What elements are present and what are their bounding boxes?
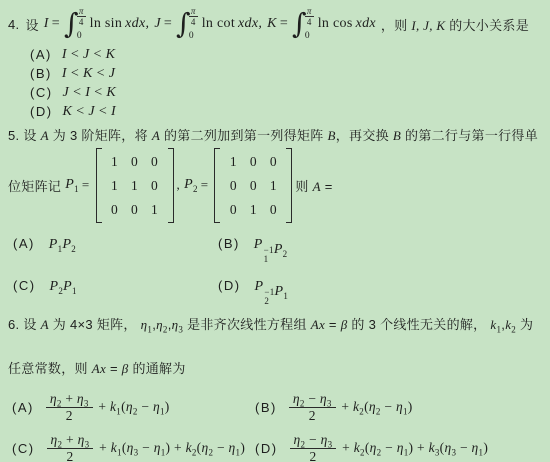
text-run: A [41, 128, 49, 143]
text-run: η3 [127, 440, 139, 455]
text-run: − [381, 399, 396, 414]
option-terms: + k1(η2 − η1) [95, 399, 170, 415]
q4-option-a: (A) I < J < K [30, 45, 542, 64]
text-run: + [338, 399, 353, 414]
matrix-cell: 1 [145, 202, 165, 217]
integral-1: ∫ π 4 0 [64, 7, 86, 41]
lower-limit-0: 0 [189, 31, 198, 41]
text-run: k2 [354, 440, 365, 455]
text-run: P−12 [254, 279, 274, 305]
option-label: (A) [12, 400, 34, 415]
text-run: η1 [229, 440, 241, 455]
text-run: − [305, 391, 320, 406]
q6-option-c: (C) η2 + η3 2 + k1(η3 − η1) + k2(η2 − η1… [12, 430, 255, 462]
matrix-cell: 0 [145, 178, 165, 193]
q4-option-d: (D) K < J < I [30, 102, 542, 121]
text-run: ，则 [381, 18, 412, 33]
text-run: k1 [490, 317, 501, 332]
option-label: (B) [30, 66, 52, 81]
text-run: P2 [49, 279, 63, 295]
question-6-stem-line1: 6. 设 A 为 4×3 矩阵， η1,η2,η3 是非齐次线性方程组 Ax =… [8, 314, 542, 334]
q6-option-d: (D) η2 − η3 2 + k2(η2 − η1) + k3(η3 − η1… [255, 430, 542, 462]
fraction-numerator: η2 − η3 [290, 432, 337, 449]
text-run: ) [483, 440, 488, 455]
matrix-p1: 100110001 [96, 148, 174, 223]
q5-option-c: (C) P2P1 [13, 278, 218, 298]
var-I: I [44, 16, 49, 32]
option-label: (A) [30, 47, 52, 62]
text-run: + [413, 440, 428, 455]
matrix-p1-grid: 100110001 [102, 148, 168, 223]
option-terms: + k1(η3 − η1) + k2(η2 − η1) [95, 440, 245, 456]
option-label: (C) [30, 85, 53, 100]
text-run: 5. 设 [8, 128, 41, 143]
fraction-denominator: 2 [66, 408, 73, 423]
text-run: η3 [172, 317, 184, 332]
text-run: η1 [153, 399, 165, 414]
matrix-p2-grid: 100001010 [220, 148, 286, 223]
text-run: k1 [111, 440, 122, 455]
text-run: Ax [92, 361, 106, 376]
text-run: + [62, 391, 77, 406]
text-run: 为 3 阶矩阵，将 [49, 128, 152, 143]
matrix-cell: 0 [223, 178, 243, 193]
text-run: P1 [275, 284, 289, 300]
text-run: + [338, 440, 353, 455]
text-run: ，再交换 [336, 128, 393, 143]
question-5-matrix-row: 位矩阵记 P1 = 100110001 , P2 = 100001010 则 A… [8, 146, 542, 224]
option-terms: + k2(η2 − η1) [338, 399, 413, 415]
text-run: 任意常数，则 [8, 361, 92, 376]
text-run: η3 [320, 391, 332, 406]
exam-page: 4. 设 I = ∫ π 4 0 ln sin xdx, J = [0, 0, 550, 462]
text-run: P1 [63, 279, 77, 295]
text-run: η2 [370, 440, 382, 455]
equals-sign: = [164, 16, 172, 32]
text-run: + [170, 440, 185, 455]
text-run: η2 [126, 399, 138, 414]
var-J: J [154, 16, 161, 32]
matrix-cell: 1 [105, 154, 125, 169]
arg-xdx: xdx, [125, 16, 149, 32]
text-run: 的大小关系是 [445, 18, 529, 33]
matrix-name-p1: P1 [65, 177, 79, 193]
fn-ln-sin: ln sin [90, 16, 123, 32]
text-run: B [393, 128, 401, 143]
text-run: η2 [50, 391, 62, 406]
arg-xdx: xdx [356, 16, 376, 32]
upper-limit-pi-over-4: π 4 [77, 7, 86, 26]
text-run: − [138, 440, 153, 455]
text-run: P1 [49, 237, 63, 253]
option-label: (D) [255, 441, 278, 456]
matrix-cell: 1 [105, 178, 125, 193]
text-run: β [341, 317, 348, 332]
option-label: (C) [13, 278, 36, 293]
matrix-cell: 0 [243, 154, 263, 169]
text-run: − [456, 440, 471, 455]
text-run: 的第二列加到第一列得矩阵 [160, 128, 327, 143]
text-run: 的 3 个线性无关的解， [348, 317, 491, 332]
option-value: J < I < K [63, 85, 116, 101]
integral-limits: π 4 0 [189, 7, 198, 41]
lower-limit-0: 0 [305, 31, 314, 41]
text-run: k1 [110, 399, 121, 414]
q6-option-a: (A) η2 + η3 2 + k1(η2 − η1) [12, 389, 255, 425]
matrix-cell: 1 [263, 178, 283, 193]
upper-limit-pi-over-4: π 4 [189, 7, 198, 26]
option-expression: P2P1 [49, 279, 76, 295]
fraction: η2 − η3 2 [290, 432, 337, 462]
equals-sign: = [82, 177, 90, 193]
option-terms: + k2(η2 − η1) + k3(η3 − η1) [338, 440, 488, 456]
text-run: A [152, 128, 160, 143]
text-run: I, J, K [411, 18, 445, 33]
text-run: η1 [141, 317, 153, 332]
q5-prefix: 位矩阵记 [8, 176, 61, 195]
text-run: − [381, 440, 396, 455]
text-run: 的第二行与第一行得单 [401, 128, 538, 143]
question-6-options: (A) η2 + η3 2 + k1(η2 − η1) (B) η2 − η3 … [12, 389, 542, 462]
text-run: − [138, 399, 153, 414]
text-run: η1 [472, 440, 484, 455]
matrix-cell: 0 [125, 202, 145, 217]
fn-ln-cos: ln cos [318, 16, 353, 32]
integral-term-J: J = ∫ π 4 0 ln cot xdx, [154, 7, 262, 41]
option-expression: P−12P1 [254, 279, 288, 305]
lower-limit-0: 0 [77, 31, 86, 41]
option-expression: P1P2 [49, 237, 76, 253]
question-6-stem-line2: 任意常数，则 Ax = β 的通解为 [8, 358, 542, 376]
text-run: ) [165, 399, 170, 414]
text-run: 则 [295, 179, 312, 194]
fraction-numerator: η2 + η3 [47, 432, 94, 449]
var-K: K [267, 16, 277, 32]
option-label: (B) [218, 236, 240, 251]
matrix-cell: 0 [263, 154, 283, 169]
question-5-tail: 则 A = [295, 176, 332, 195]
text-run: η2 [201, 440, 213, 455]
q5-option-b: (B) P−11P2 [218, 236, 542, 256]
option-label: (B) [255, 400, 277, 415]
fraction-numerator: η2 − η3 [289, 391, 336, 408]
text-run: B [328, 128, 336, 143]
text-run: + [95, 399, 110, 414]
option-label: (C) [12, 441, 35, 456]
matrix-cell: 1 [125, 178, 145, 193]
option-value: I < J < K [62, 47, 115, 63]
matrix-cell: 1 [223, 154, 243, 169]
option-value: K < J < I [63, 104, 116, 120]
text-run: P2 [274, 242, 288, 258]
q5-option-d: (D) P−12P1 [218, 278, 542, 298]
text-run: k2 [353, 399, 364, 414]
matrix-cell: 0 [263, 202, 283, 217]
integral-2: ∫ π 4 0 [176, 7, 198, 41]
text-run: η2 [369, 399, 381, 414]
fraction-denominator: 2 [66, 449, 73, 462]
integral-term-I: I = ∫ π 4 0 ln sin xdx, [44, 7, 150, 41]
text-run: 是非齐次线性方程组 [183, 317, 311, 332]
question-4-options: (A) I < J < K (B) I < K < J (C) J < I < … [30, 45, 542, 121]
text-run: 6. 设 [8, 317, 41, 332]
text-run: − [305, 432, 320, 447]
option-label: (D) [218, 278, 241, 293]
option-label: (D) [30, 104, 53, 119]
matrix-cell: 1 [243, 202, 263, 217]
question-4-lead: 设 [25, 15, 38, 34]
integral-term-K: K = ∫ π 4 0 ln cos xdx [267, 7, 376, 41]
text-run: β [122, 361, 129, 376]
matrix-cell: 0 [145, 154, 165, 169]
text-run: P−11 [254, 237, 274, 263]
text-run: = [106, 361, 122, 376]
matrix-p2: 100001010 [214, 148, 292, 223]
fn-ln-cot: ln cot [202, 16, 235, 32]
matrix-bracket-right [286, 148, 292, 223]
matrix-cell: 0 [243, 178, 263, 193]
integral-limits: π 4 0 [77, 7, 86, 41]
option-label: (A) [13, 236, 35, 251]
text-run: k2 [505, 317, 516, 332]
option-value: I < K < J [62, 66, 115, 82]
question-4-stem: 4. 设 I = ∫ π 4 0 ln sin xdx, J = [8, 6, 542, 42]
question-5-stem-line1: 5. 设 A 为 3 阶矩阵，将 A 的第二列加到第一列得矩阵 B，再交换 B … [8, 125, 542, 144]
equals-sign: = [201, 177, 209, 193]
question-5-options: (A) P1P2 (B) P−11P2 (C) P2P1 (D) P−12P1 [13, 236, 542, 298]
text-run: ) [408, 399, 413, 414]
integral-limits: π 4 0 [305, 7, 314, 41]
q4-option-c: (C) J < I < K [30, 83, 542, 102]
text-run: η1 [154, 440, 166, 455]
equals-sign: = [280, 16, 288, 32]
fraction-denominator: 2 [309, 449, 316, 462]
text-run: η1 [396, 399, 408, 414]
text-run: + [95, 440, 110, 455]
text-run: η2 [156, 317, 168, 332]
text-run: A [313, 179, 321, 194]
text-run: P2 [62, 237, 76, 253]
text-run: η3 [321, 432, 333, 447]
integral-3: ∫ π 4 0 [292, 7, 314, 41]
matrix-cell: 0 [125, 154, 145, 169]
text-run: 为 4×3 矩阵， [49, 317, 141, 332]
arg-xdx: xdx, [238, 16, 262, 32]
q4-option-b: (B) I < K < J [30, 64, 542, 83]
fraction-numerator: η2 + η3 [46, 391, 93, 408]
comma: , [177, 177, 181, 193]
q6-option-b: (B) η2 − η3 2 + k2(η2 − η1) [255, 389, 542, 425]
text-run: Ax [311, 317, 325, 332]
text-run: η2 [294, 432, 306, 447]
text-run: η2 [51, 432, 63, 447]
question-4-tail: ，则 I, J, K 的大小关系是 [381, 15, 529, 34]
fraction-denominator: 2 [309, 408, 316, 423]
text-run: 的通解为 [129, 361, 186, 376]
upper-limit-pi-over-4: π 4 [305, 7, 314, 26]
text-run: η3 [78, 432, 90, 447]
text-run: η3 [77, 391, 89, 406]
fraction: η2 + η3 2 [47, 432, 94, 462]
text-run: 为 [516, 317, 533, 332]
text-run: k3 [429, 440, 440, 455]
text-run: η2 [293, 391, 305, 406]
text-run: − [213, 440, 228, 455]
text-run: A [41, 317, 49, 332]
text-run: = [325, 317, 341, 332]
equals-sign: = [52, 16, 60, 32]
matrix-cell: 0 [105, 202, 125, 217]
fraction: η2 + η3 2 [46, 391, 93, 423]
fraction: η2 − η3 2 [289, 391, 336, 423]
text-run: η1 [397, 440, 409, 455]
matrix-cell: 0 [223, 202, 243, 217]
question-4-number: 4. [8, 17, 19, 32]
q5-option-a: (A) P1P2 [13, 236, 218, 256]
option-expression: P−11P2 [254, 237, 288, 263]
text-run: η3 [444, 440, 456, 455]
text-run: ) [240, 440, 245, 455]
matrix-name-p2: P2 [184, 177, 198, 193]
text-run: k2 [186, 440, 197, 455]
text-run: + [62, 432, 77, 447]
matrix-bracket-right [168, 148, 174, 223]
text-run: = [321, 179, 333, 194]
